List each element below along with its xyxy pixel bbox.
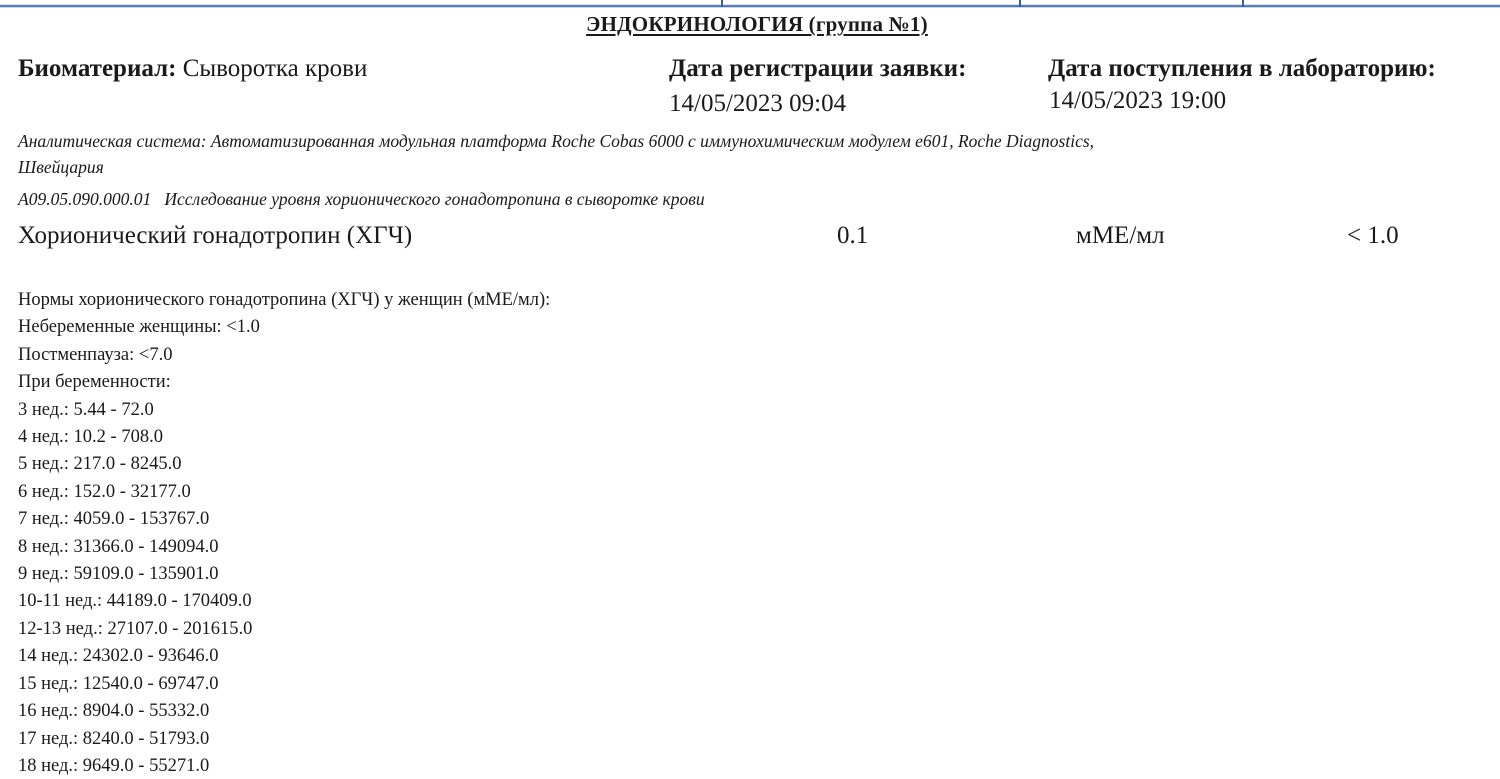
test-value: 0.1 — [837, 222, 868, 250]
norm-line: 7 нед.: 4059.0 - 153767.0 — [18, 506, 550, 533]
norm-line: 8 нед.: 31366.0 - 149094.0 — [18, 534, 550, 561]
service-name: Исследование уровня хорионического гонад… — [164, 189, 704, 209]
biomaterial-label: Биоматериал: — [18, 55, 176, 82]
norm-line: 4 нед.: 10.2 - 708.0 — [18, 424, 550, 451]
service-line: A09.05.090.000.01 Исследование уровня хо… — [18, 186, 705, 212]
service-code: A09.05.090.000.01 — [18, 189, 151, 209]
norm-line: 16 нед.: 8904.0 - 55332.0 — [18, 698, 550, 725]
norm-line: 14 нед.: 24302.0 - 93646.0 — [18, 643, 550, 670]
norms-list: Небеременные женщины: <1.0Постменпауза: … — [18, 314, 550, 779]
norm-line: 18 нед.: 9649.0 - 55271.0 — [18, 753, 550, 779]
biomaterial-value: Сыворотка крови — [183, 55, 368, 82]
table-column-divider — [721, 0, 723, 7]
norm-line: 5 нед.: 217.0 - 8245.0 — [18, 451, 550, 478]
section-title: ЭНДОКРИНОЛОГИЯ (группа №1) — [0, 12, 1500, 37]
norm-line: 3 нед.: 5.44 - 72.0 — [18, 397, 550, 424]
registration-date-value: 14/05/2023 09:04 — [669, 90, 846, 118]
table-top-border — [0, 5, 1500, 7]
arrival-date-label: Дата поступления в лабораторию: — [1048, 55, 1436, 82]
norm-line: 15 нед.: 12540.0 - 69747.0 — [18, 671, 550, 698]
norm-line: Небеременные женщины: <1.0 — [18, 314, 550, 341]
norms-heading: Нормы хорионического гонадотропина (ХГЧ)… — [18, 287, 550, 314]
norm-line: 6 нед.: 152.0 - 32177.0 — [18, 479, 550, 506]
biomaterial-row: Биоматериал: Сыворотка крови — [18, 55, 367, 83]
arrival-date-label-row: Дата поступления в лабораторию: — [1048, 55, 1436, 83]
norm-line: 17 нед.: 8240.0 - 51793.0 — [18, 726, 550, 753]
registration-date-label-row: Дата регистрации заявки: — [669, 55, 966, 83]
test-name: Хорионический гонадотропин (ХГЧ) — [18, 222, 412, 250]
table-column-divider — [1019, 0, 1021, 7]
norm-line: 10-11 нед.: 44189.0 - 170409.0 — [18, 588, 550, 615]
table-column-divider — [1242, 0, 1244, 7]
norm-line: 9 нед.: 59109.0 - 135901.0 — [18, 561, 550, 588]
norm-line: Постменпауза: <7.0 — [18, 342, 550, 369]
reference-norms: Нормы хорионического гонадотропина (ХГЧ)… — [18, 287, 550, 779]
norm-line: 12-13 нед.: 27107.0 - 201615.0 — [18, 616, 550, 643]
arrival-date-value: 14/05/2023 19:00 — [1049, 87, 1226, 115]
analytical-system-line: Аналитическая система: Автоматизированна… — [18, 128, 1094, 154]
test-reference: < 1.0 — [1347, 222, 1399, 250]
section-title-text: ЭНДОКРИНОЛОГИЯ (группа №1) — [586, 12, 928, 36]
registration-date-label: Дата регистрации заявки: — [669, 55, 966, 82]
analytical-system-country: Швейцария — [18, 154, 104, 180]
test-unit: мМЕ/мл — [1076, 222, 1165, 250]
norm-line: При беременности: — [18, 369, 550, 396]
